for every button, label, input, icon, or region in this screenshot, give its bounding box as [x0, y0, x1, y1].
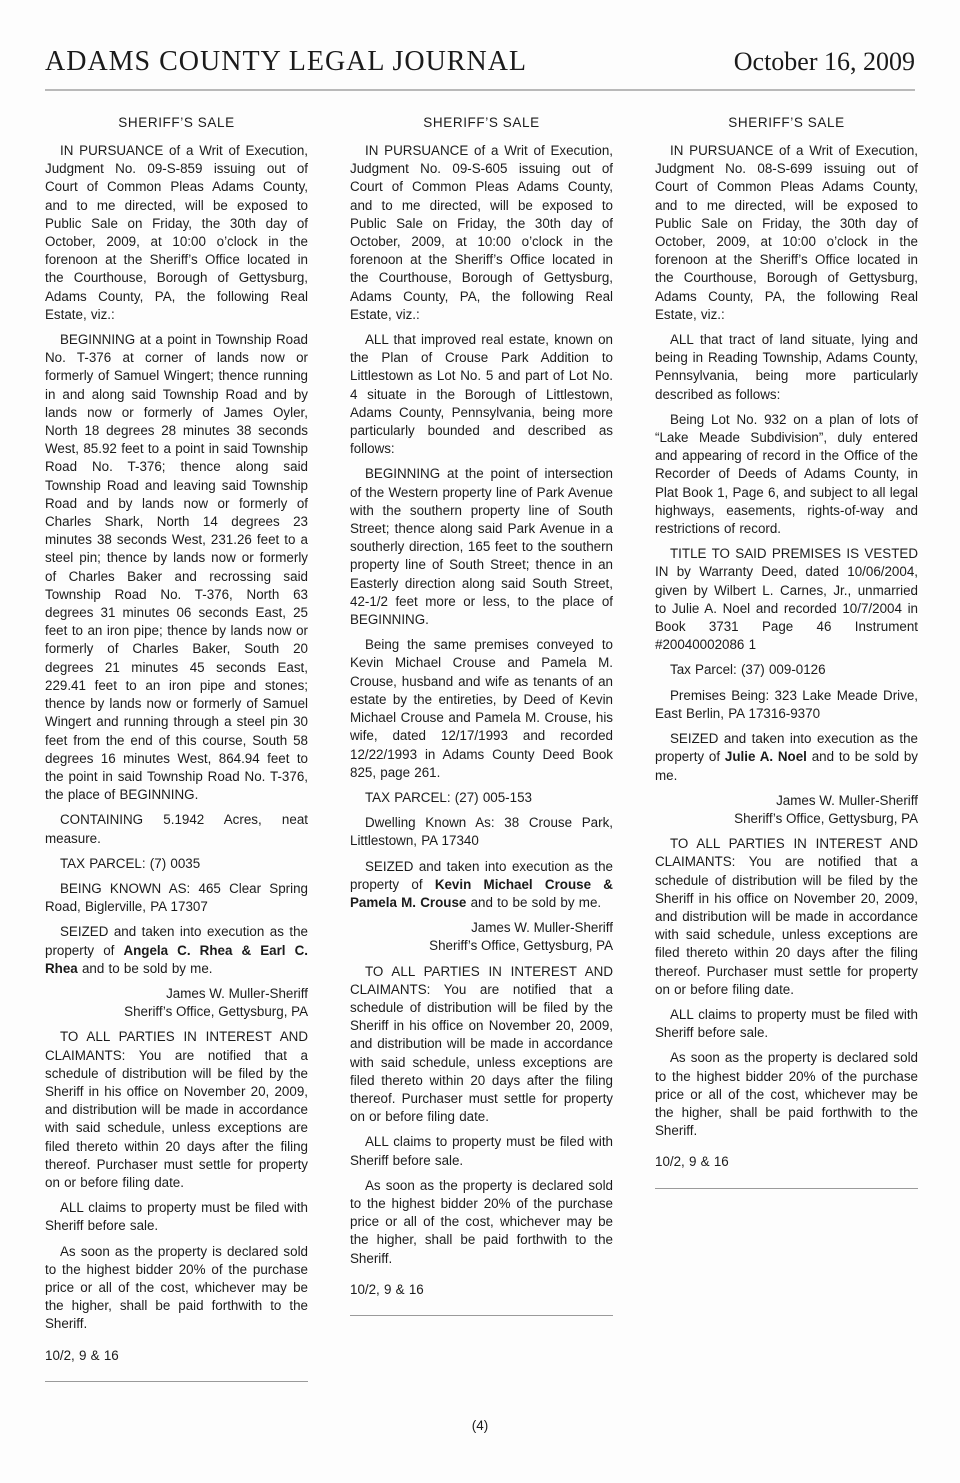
paragraph: IN PURSUANCE of a Writ of Execution, Jud…	[350, 142, 613, 324]
paragraph: IN PURSUANCE of a Writ of Execution, Jud…	[45, 142, 308, 324]
sheriff-name: James W. Muller-Sheriff	[655, 792, 918, 810]
paragraph: Being Lot No. 932 on a plan of lots of “…	[655, 411, 918, 538]
notice-divider	[45, 1381, 308, 1382]
notice-divider	[350, 1315, 613, 1316]
notice-column-2: SHERIFF’S SALE IN PURSUANCE of a Writ of…	[350, 107, 613, 1382]
property-address: Premises Being: 323 Lake Meade Drive, Ea…	[655, 687, 918, 723]
paragraph: As soon as the property is declared sold…	[655, 1049, 918, 1140]
paragraph: ALL that improved real estate, known on …	[350, 331, 613, 458]
paragraph: BEGINNING at a point in Township Road No…	[45, 331, 308, 804]
paragraph: BEGINNING at the point of intersection o…	[350, 465, 613, 629]
notice-heading: SHERIFF’S SALE	[655, 115, 918, 130]
tax-parcel: TAX PARCEL: (7) 0035	[45, 855, 308, 873]
paragraph: ALL claims to property must be filed wit…	[655, 1006, 918, 1042]
seized-paragraph: SEIZED and taken into execution as the p…	[45, 923, 308, 978]
defendant-name: Julie A. Noel	[725, 749, 807, 764]
paragraph: ALL claims to property must be filed wit…	[350, 1133, 613, 1169]
publication-dates: 10/2, 9 & 16	[350, 1281, 613, 1299]
notice-divider	[655, 1188, 918, 1189]
page-number: (4)	[472, 1418, 489, 1433]
paragraph: TITLE TO SAID PREMISES IS VESTED IN by W…	[655, 545, 918, 654]
sheriff-signature: James W. Muller-Sheriff Sheriff’s Office…	[350, 919, 613, 955]
seized-paragraph: SEIZED and taken into execution as the p…	[350, 858, 613, 913]
seized-suffix: and to be sold by me.	[78, 961, 213, 976]
legal-journal-page: ADAMS COUNTY LEGAL JOURNAL October 16, 2…	[0, 0, 960, 1483]
seized-paragraph: SEIZED and taken into execution as the p…	[655, 730, 918, 785]
notice-column-3: SHERIFF’S SALE IN PURSUANCE of a Writ of…	[655, 107, 918, 1382]
publication-dates: 10/2, 9 & 16	[45, 1347, 308, 1365]
paragraph: TO ALL PARTIES IN INTEREST AND CLAIMANTS…	[655, 835, 918, 999]
journal-title: ADAMS COUNTY LEGAL JOURNAL	[45, 46, 527, 78]
sheriff-name: James W. Muller-Sheriff	[350, 919, 613, 937]
paragraph: ALL that tract of land situate, lying an…	[655, 331, 918, 404]
sheriff-office: Sheriff’s Office, Gettysburg, PA	[350, 937, 613, 955]
notice-heading: SHERIFF’S SALE	[350, 115, 613, 130]
paragraph: CONTAINING 5.1942 Acres, neat measure.	[45, 811, 308, 847]
paragraph: TO ALL PARTIES IN INTEREST AND CLAIMANTS…	[45, 1028, 308, 1192]
paragraph: As soon as the property is declared sold…	[45, 1243, 308, 1334]
paragraph: Being the same premises conveyed to Kevi…	[350, 636, 613, 782]
tax-parcel: Tax Parcel: (37) 009-0126	[655, 661, 918, 679]
notice-column-1: SHERIFF’S SALE IN PURSUANCE of a Writ of…	[45, 107, 308, 1382]
property-address: Dwelling Known As: 38 Crouse Park, Littl…	[350, 814, 613, 850]
sheriff-office: Sheriff’s Office, Gettysburg, PA	[45, 1003, 308, 1021]
page-footer: (4)	[0, 1418, 960, 1433]
paragraph: As soon as the property is declared sold…	[350, 1177, 613, 1268]
paragraph: IN PURSUANCE of a Writ of Execution, Jud…	[655, 142, 918, 324]
notice-heading: SHERIFF’S SALE	[45, 115, 308, 130]
issue-date: October 16, 2009	[734, 47, 915, 77]
masthead-divider	[45, 89, 915, 91]
sheriff-signature: James W. Muller-Sheriff Sheriff’s Office…	[45, 985, 308, 1021]
sheriff-office: Sheriff’s Office, Gettysburg, PA	[655, 810, 918, 828]
paragraph: TO ALL PARTIES IN INTEREST AND CLAIMANTS…	[350, 963, 613, 1127]
paragraph: ALL claims to property must be filed wit…	[45, 1199, 308, 1235]
publication-dates: 10/2, 9 & 16	[655, 1153, 918, 1171]
masthead: ADAMS COUNTY LEGAL JOURNAL October 16, 2…	[0, 0, 960, 78]
notice-columns: SHERIFF’S SALE IN PURSUANCE of a Writ of…	[45, 107, 915, 1382]
sheriff-signature: James W. Muller-Sheriff Sheriff’s Office…	[655, 792, 918, 828]
sheriff-name: James W. Muller-Sheriff	[45, 985, 308, 1003]
tax-parcel: TAX PARCEL: (27) 005-153	[350, 789, 613, 807]
property-address: BEING KNOWN AS: 465 Clear Spring Road, B…	[45, 880, 308, 916]
seized-suffix: and to be sold by me.	[466, 895, 601, 910]
